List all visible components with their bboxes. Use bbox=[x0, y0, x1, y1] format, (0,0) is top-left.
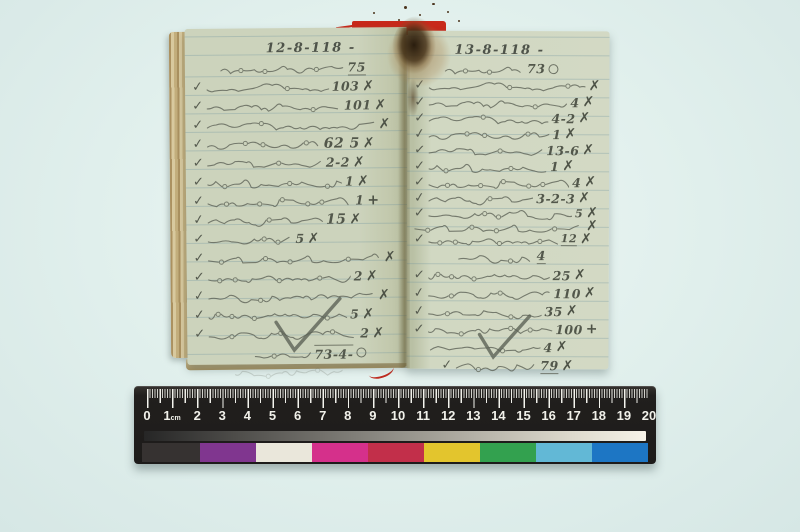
ruler-number: 11 bbox=[416, 408, 430, 423]
check-mark: ✓ bbox=[192, 100, 203, 113]
ruler-numbers: 01cm234567891011121314151617181920 bbox=[147, 408, 649, 426]
cross-mark: ✗ bbox=[362, 307, 374, 321]
amount-text: 73 bbox=[527, 61, 545, 76]
handwriting-squiggle bbox=[427, 304, 541, 317]
handwriting-line: ✓62 5✗ bbox=[185, 133, 407, 154]
handwriting-squiggle bbox=[427, 322, 552, 335]
check-mark: ✓ bbox=[414, 143, 426, 157]
cross-mark: ✗ bbox=[556, 340, 568, 354]
amount-text: 25 bbox=[553, 268, 571, 283]
check-mark: ✓ bbox=[194, 271, 205, 284]
cross-mark: ✗ bbox=[562, 359, 574, 373]
swatch-purple bbox=[200, 443, 256, 462]
handwriting-line: ✓3-2-3✗ bbox=[407, 190, 609, 207]
handwriting-squiggle bbox=[206, 99, 341, 113]
handwriting-line bbox=[187, 362, 409, 380]
amount-text: 2-2 bbox=[326, 155, 350, 170]
handwriting-line: ✓79✗ bbox=[406, 356, 608, 376]
handwriting-line: ✓103✗ bbox=[185, 76, 407, 97]
cross-mark: ✗ bbox=[589, 79, 601, 93]
photograph-stage: 12-8-118 -75✓103✗✓101✗✓✗✓62 5✗✓2-2✗✓1✗✓1… bbox=[0, 0, 800, 532]
check-mark: ✓ bbox=[441, 359, 452, 372]
grayscale-gradient-strip bbox=[144, 431, 646, 441]
handwriting-squiggle bbox=[207, 232, 292, 246]
check-mark: ✓ bbox=[193, 157, 204, 170]
handwriting-line: ✓4✗ bbox=[407, 94, 609, 111]
ruler-number: 20 bbox=[642, 408, 656, 423]
handwriting-squiggle bbox=[208, 270, 351, 284]
handwriting-squiggle bbox=[428, 159, 547, 172]
handwriting-line: 75 bbox=[185, 57, 407, 78]
cross-mark: ✗ bbox=[349, 212, 361, 226]
handwriting-squiggle bbox=[428, 286, 551, 299]
handwriting-line: ✓2✗ bbox=[187, 266, 409, 287]
cross-mark: ✗ bbox=[384, 250, 396, 264]
handwriting-line: ✓15✗ bbox=[186, 209, 408, 230]
cross-mark: ✗ bbox=[564, 127, 576, 141]
amount-text: 1 bbox=[550, 159, 559, 174]
handwriting-squiggle bbox=[206, 137, 320, 151]
cross-mark: ✗ bbox=[378, 288, 390, 302]
handwriting-squiggle bbox=[428, 143, 543, 156]
ruler-number: 4 bbox=[244, 408, 251, 423]
check-mark: ✓ bbox=[194, 308, 206, 322]
check-mark: ✓ bbox=[194, 328, 205, 341]
ruler-number: 2 bbox=[194, 408, 201, 423]
debris-speck bbox=[458, 20, 460, 22]
handwriting-squiggle bbox=[254, 346, 311, 359]
handwriting-line: 4 bbox=[407, 246, 609, 267]
amount-text: 4 bbox=[537, 248, 546, 264]
handwriting-line: ✓13-6✗ bbox=[407, 142, 609, 159]
amount-text: 62 5 bbox=[324, 135, 360, 151]
cross-mark: ✗ bbox=[584, 175, 596, 189]
handwriting-line: ✓110✗ bbox=[407, 284, 609, 303]
handwriting-line: ✓✗ bbox=[186, 247, 408, 268]
ruler-number: 8 bbox=[344, 408, 351, 423]
check-mark: ✓ bbox=[413, 268, 425, 282]
handwriting-line: ✗ bbox=[407, 220, 609, 233]
ruler-number: 6 bbox=[294, 408, 301, 423]
debris-speck bbox=[373, 12, 375, 14]
handwriting-line: ✓5✗ bbox=[186, 228, 408, 249]
cross-mark: ✗ bbox=[353, 155, 365, 169]
check-mark: ✓ bbox=[193, 233, 204, 246]
cross-mark: ✗ bbox=[566, 304, 578, 318]
date-heading: 12-8-118 - bbox=[185, 37, 407, 59]
cross-mark: ✗ bbox=[583, 95, 595, 109]
handwriting-squiggle bbox=[208, 288, 375, 302]
cross-mark: ✗ bbox=[362, 79, 374, 93]
date-text: 13-8-118 - bbox=[454, 43, 544, 58]
cross-mark: ✗ bbox=[379, 117, 391, 131]
handwriting-squiggle bbox=[207, 250, 380, 265]
handwriting-line: ✓2✗ bbox=[187, 323, 409, 344]
circle-glyph bbox=[356, 347, 366, 357]
handwriting-line: ✓1✗ bbox=[186, 171, 408, 192]
check-mark: ✓ bbox=[414, 232, 425, 245]
left-page: 12-8-118 -75✓103✗✓101✗✓✗✓62 5✗✓2-2✗✓1✗✓1… bbox=[185, 27, 410, 365]
handwriting-squiggle bbox=[455, 359, 537, 372]
amount-text: 110 bbox=[553, 286, 581, 301]
cross-mark: ✗ bbox=[580, 232, 592, 246]
scale-ruler: 01cm234567891011121314151617181920 bbox=[134, 386, 656, 464]
date-text: 12-8-118 - bbox=[266, 40, 356, 56]
stain-tail bbox=[405, 72, 421, 124]
handwriting-line: ✓35✗ bbox=[407, 302, 609, 321]
amount-text: 5 bbox=[575, 207, 583, 220]
swatch-blue bbox=[592, 443, 648, 462]
amount-text: 13-6 bbox=[546, 143, 579, 158]
ruler-number: 18 bbox=[592, 408, 606, 423]
cross-mark: ✗ bbox=[584, 286, 596, 300]
amount-text: 4 bbox=[570, 95, 579, 110]
handwriting-line: ✓5✗ bbox=[407, 206, 609, 221]
handwriting-squiggle bbox=[428, 95, 567, 108]
handwriting-line: ✓4-2✗ bbox=[407, 110, 609, 127]
swatch-green bbox=[480, 443, 536, 462]
check-mark: ✓ bbox=[413, 286, 425, 300]
cross-mark: ✗ bbox=[374, 98, 386, 112]
swatch-light-blue bbox=[536, 443, 592, 462]
cross-mark: ✗ bbox=[308, 231, 320, 245]
handwriting-squiggle bbox=[208, 308, 347, 322]
check-mark: ✓ bbox=[192, 137, 204, 151]
plus-mark: + bbox=[367, 193, 379, 207]
handwriting-line: ✓1✗ bbox=[407, 158, 609, 175]
ruler-number: 5 bbox=[269, 408, 276, 423]
handwriting-squiggle bbox=[428, 268, 550, 281]
check-mark: ✓ bbox=[193, 195, 205, 209]
ruler-number: 13 bbox=[466, 408, 480, 423]
handwriting-squiggle bbox=[207, 213, 323, 227]
handwriting-squiggle bbox=[206, 117, 375, 131]
handwriting-squiggle bbox=[207, 156, 323, 170]
ruler-number: 10 bbox=[391, 408, 405, 423]
ruler-number: 17 bbox=[566, 408, 580, 423]
ruler-number: 3 bbox=[219, 408, 226, 423]
debris-speck bbox=[447, 11, 449, 13]
handwriting-squiggle bbox=[207, 194, 352, 208]
cross-mark: ✗ bbox=[562, 159, 574, 173]
notebook: 12-8-118 -75✓103✗✓101✗✓✗✓62 5✗✓2-2✗✓1✗✓1… bbox=[170, 24, 610, 372]
handwriting-line: ✓1✗ bbox=[407, 126, 609, 143]
check-mark: ✓ bbox=[192, 119, 203, 132]
swatch-magenta bbox=[312, 443, 368, 462]
handwriting-squiggle bbox=[458, 249, 534, 262]
amount-text: 100 bbox=[555, 322, 583, 337]
handwriting-left: 12-8-118 -75✓103✗✓101✗✓✗✓62 5✗✓2-2✗✓1✗✓1… bbox=[185, 27, 410, 365]
ruler-number: 15 bbox=[516, 408, 530, 423]
check-mark: ✓ bbox=[192, 80, 204, 94]
cm-ticks bbox=[147, 389, 649, 408]
amount-text: 3-2-3 bbox=[536, 191, 575, 206]
ruler-number: 14 bbox=[491, 408, 505, 423]
handwriting-line: 73-4- bbox=[187, 342, 409, 364]
check-mark: ✓ bbox=[413, 127, 426, 141]
handwriting-line: ✓1+ bbox=[186, 190, 408, 211]
amount-text: 1 bbox=[552, 127, 561, 142]
handwriting-squiggle bbox=[234, 364, 342, 378]
check-mark: ✓ bbox=[414, 159, 425, 172]
check-mark: ✓ bbox=[193, 176, 204, 189]
amount-text: 103 bbox=[332, 78, 360, 93]
amount-text: 75 bbox=[347, 59, 366, 75]
handwriting-line: ✓101✗ bbox=[185, 95, 407, 116]
ruler-number: 7 bbox=[319, 408, 326, 423]
handwriting-squiggle bbox=[207, 175, 342, 189]
handwriting-squiggle bbox=[428, 79, 585, 93]
amount-text: 73-4- bbox=[314, 344, 353, 361]
handwriting-squiggle bbox=[208, 326, 357, 340]
handwriting-line: ✓100+ bbox=[407, 320, 609, 339]
ruler-number: 12 bbox=[441, 408, 455, 423]
ruler-number: 9 bbox=[369, 408, 376, 423]
handwriting-line: ✓5✗ bbox=[187, 304, 409, 325]
cross-mark: ✗ bbox=[357, 174, 369, 188]
swatch-white bbox=[256, 443, 312, 462]
amount-text: 5 bbox=[295, 231, 304, 246]
check-mark: ✓ bbox=[193, 252, 204, 265]
color-calibration-swatches bbox=[142, 443, 648, 462]
amount-text: 15 bbox=[326, 211, 347, 227]
handwriting-squiggle bbox=[428, 232, 558, 245]
ruler-number: 0 bbox=[143, 408, 150, 423]
handwriting-line: 4✗ bbox=[406, 338, 608, 357]
amount-text: 2 bbox=[360, 325, 369, 340]
handwriting-line: ✓25✗ bbox=[407, 266, 609, 285]
amount-text: 1 bbox=[345, 174, 354, 189]
check-mark: ✓ bbox=[414, 175, 425, 188]
amount-text: 101 bbox=[344, 97, 372, 112]
debris-speck bbox=[404, 6, 407, 9]
handwriting-squiggle bbox=[429, 340, 540, 353]
amount-text: 2 bbox=[354, 268, 363, 283]
ruler-number: 19 bbox=[617, 408, 631, 423]
handwriting-squiggle bbox=[428, 111, 548, 124]
handwriting-squiggle bbox=[428, 127, 549, 140]
cross-mark: ✗ bbox=[363, 136, 375, 150]
swatch-yellow bbox=[424, 443, 480, 462]
cross-mark: ✗ bbox=[582, 143, 594, 157]
circle-glyph bbox=[548, 64, 558, 74]
ruler-number: 16 bbox=[541, 408, 555, 423]
check-mark: ✓ bbox=[413, 191, 425, 205]
amount-text: 4 bbox=[572, 175, 581, 190]
handwriting-line: ✓2-2✗ bbox=[186, 152, 408, 173]
ruler-number: 1cm bbox=[163, 408, 180, 423]
amount-text: 1 bbox=[355, 192, 364, 207]
swatch-dark-gray bbox=[142, 443, 200, 462]
amount-text: 79 bbox=[540, 358, 558, 374]
handwriting-squiggle bbox=[414, 219, 583, 233]
check-mark: ✓ bbox=[193, 289, 205, 303]
handwriting-squiggle bbox=[428, 191, 533, 204]
check-mark: ✓ bbox=[413, 304, 425, 318]
amount-text: 35 bbox=[544, 304, 562, 319]
handwriting-squiggle bbox=[206, 80, 329, 94]
debris-speck bbox=[432, 3, 435, 5]
cross-mark: ✗ bbox=[366, 269, 378, 283]
unit-label: cm bbox=[171, 415, 181, 422]
handwriting-line: ✓✗ bbox=[185, 114, 407, 135]
swatch-red bbox=[368, 443, 424, 462]
handwriting-squiggle bbox=[428, 175, 569, 188]
cross-mark: ✗ bbox=[372, 326, 384, 340]
handwriting-line: ✓4✗ bbox=[407, 174, 609, 191]
handwriting-squiggle bbox=[428, 206, 572, 220]
check-mark: ✓ bbox=[414, 206, 425, 219]
amount-text: 12 bbox=[561, 232, 577, 246]
amount-text: 4-2 bbox=[551, 111, 575, 126]
cross-mark: ✗ bbox=[578, 191, 590, 205]
cross-mark: ✗ bbox=[574, 268, 586, 282]
amount-text: 4 bbox=[544, 340, 553, 355]
amount-text: 5 bbox=[350, 306, 359, 321]
handwriting-squiggle bbox=[220, 61, 345, 75]
handwriting-line: ✓✗ bbox=[187, 285, 409, 306]
plus-mark: + bbox=[586, 322, 598, 336]
cross-mark: ✗ bbox=[579, 111, 591, 125]
check-mark: ✓ bbox=[192, 213, 205, 227]
check-mark: ✓ bbox=[413, 322, 424, 335]
